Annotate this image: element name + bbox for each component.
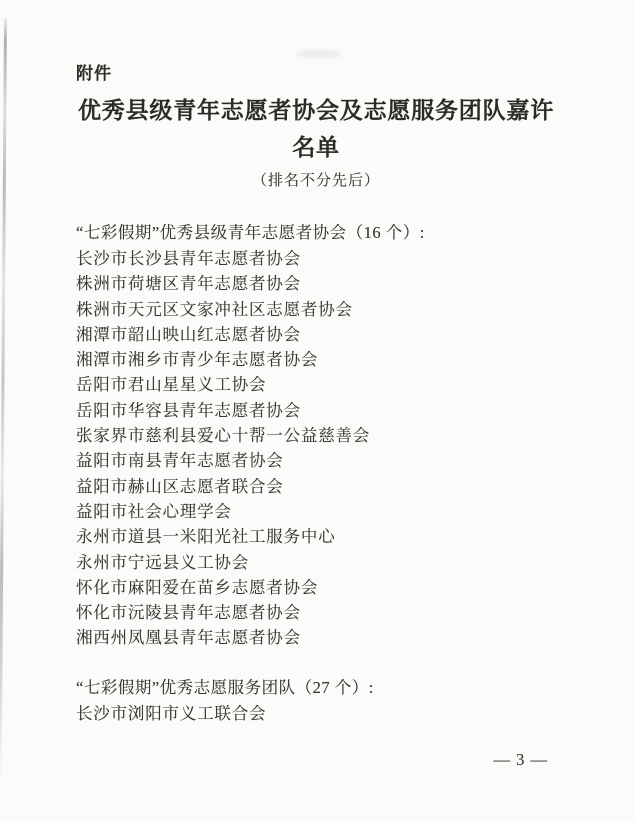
document-title-line-2: 名单	[76, 129, 556, 166]
list-item: 张家界市慈利县爱心十帮一公益慈善会	[76, 423, 556, 448]
list-item: 湘潭市湘乡市青少年志愿者协会	[76, 347, 556, 372]
attachment-label: 附件	[76, 62, 556, 86]
list-item: 怀化市沅陵县青年志愿者协会	[76, 600, 556, 625]
list-item: 株洲市天元区文家冲社区志愿者协会	[76, 297, 556, 322]
list-item: 湘潭市韶山映山红志愿者协会	[76, 322, 556, 347]
list-item: 湘西州凤凰县青年志愿者协会	[76, 625, 556, 650]
page-number: — 3 —	[76, 748, 556, 772]
document-page: 附件 优秀县级青年志愿者协会及志愿服务团队嘉许 名单 （排名不分先后） “七彩假…	[0, 0, 634, 822]
section-county-youth-volunteer-associations: “七彩假期”优秀县级青年志愿者协会（16 个）: 长沙市长沙县青年志愿者协会 株…	[76, 220, 556, 651]
list-item: 长沙市浏阳市义工联合会	[76, 701, 556, 726]
document-content: 附件 优秀县级青年志愿者协会及志愿服务团队嘉许 名单 （排名不分先后） “七彩假…	[0, 0, 634, 822]
section-heading: “七彩假期”优秀志愿服务团队（27 个）:	[76, 675, 556, 701]
list-item: 益阳市南县青年志愿者协会	[76, 448, 556, 473]
list-item: 岳阳市华容县青年志愿者协会	[76, 398, 556, 423]
list-item: 怀化市麻阳爱在苗乡志愿者协会	[76, 575, 556, 600]
section-heading: “七彩假期”优秀县级青年志愿者协会（16 个）:	[76, 220, 556, 246]
list-item: 益阳市赫山区志愿者联合会	[76, 474, 556, 499]
list-item: 长沙市长沙县青年志愿者协会	[76, 246, 556, 271]
list-item: 株洲市荷塘区青年志愿者协会	[76, 271, 556, 296]
list-item: 益阳市社会心理学会	[76, 499, 556, 524]
section-volunteer-service-teams: “七彩假期”优秀志愿服务团队（27 个）: 长沙市浏阳市义工联合会	[76, 675, 556, 726]
document-title: 优秀县级青年志愿者协会及志愿服务团队嘉许 名单	[76, 92, 556, 166]
list-item: 岳阳市君山星星义工协会	[76, 372, 556, 397]
list-item: 永州市道县一米阳光社工服务中心	[76, 524, 556, 549]
document-title-line-1: 优秀县级青年志愿者协会及志愿服务团队嘉许	[76, 92, 556, 129]
document-subtitle: （排名不分先后）	[76, 170, 556, 192]
list-item: 永州市宁远县义工协会	[76, 550, 556, 575]
